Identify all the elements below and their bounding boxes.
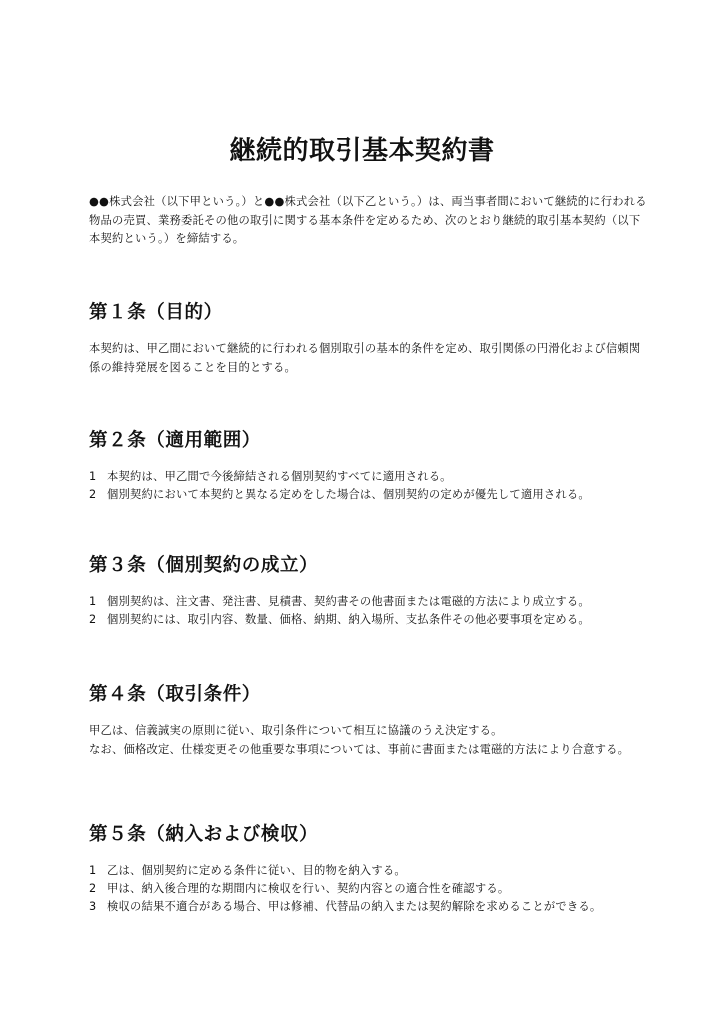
article-body: 甲乙は、信義誠実の原則に従い、取引条件について相互に協議のうえ決定する。 なお、… [89, 722, 649, 759]
item-number: 1 [89, 593, 107, 611]
item-number: 1 [89, 468, 107, 486]
item-text: 本契約は、甲乙間で今後締結される個別契約すべてに適用される。 [107, 468, 452, 486]
item-number: 1 [89, 862, 107, 880]
article-heading: 第５条（納入および検収） [89, 822, 649, 848]
item-text: 個別契約において本契約と異なる定めをした場合は、個別契約の定めが優先して適用され… [107, 486, 590, 504]
item-number: 2 [89, 880, 107, 898]
article-4: 第４条（取引条件） 甲乙は、信義誠実の原則に従い、取引条件について相互に協議のう… [89, 682, 649, 759]
article-body: 本契約は、甲乙間において継続的に行われる個別取引の基本的条件を定め、取引関係の円… [89, 340, 649, 377]
article-item-list: 1 本契約は、甲乙間で今後締結される個別契約すべてに適用される。 2 個別契約に… [89, 468, 649, 504]
preamble-paragraph: ●●株式会社（以下甲という。）と●●株式会社（以下乙という。）は、両当事者間にお… [89, 193, 649, 249]
article-paragraph: 本契約は、甲乙間において継続的に行われる個別取引の基本的条件を定め、取引関係の円… [89, 340, 649, 377]
list-item: 3 検収の結果不適合がある場合、甲は修補、代替品の納入または契約解除を求めること… [89, 898, 649, 916]
article-1: 第１条（目的） 本契約は、甲乙間において継続的に行われる個別取引の基本的条件を定… [89, 300, 649, 377]
article-5: 第５条（納入および検収） 1 乙は、個別契約に定める条件に従い、目的物を納入する… [89, 822, 649, 927]
article-heading: 第３条（個別契約の成立） [89, 553, 649, 579]
article-2: 第２条（適用範囲） 1 本契約は、甲乙間で今後締結される個別契約すべてに適用され… [89, 428, 649, 515]
item-text: 甲は、納入後合理的な期間内に検収を行い、契約内容との適合性を確認する。 [107, 880, 509, 898]
article-heading: 第２条（適用範囲） [89, 428, 649, 454]
article-item-list: 1 個別契約は、注文書、発注書、見積書、契約書その他書面または電磁的方法により成… [89, 593, 649, 629]
article-heading: 第４条（取引条件） [89, 682, 649, 708]
list-item: 2 個別契約には、取引内容、数量、価格、納期、納入場所、支払条件その他必要事項を… [89, 611, 649, 629]
document-title: 継続的取引基本契約書 [0, 133, 724, 169]
item-number: 2 [89, 486, 107, 504]
article-item-list: 1 乙は、個別契約に定める条件に従い、目的物を納入する。 2 甲は、納入後合理的… [89, 862, 649, 916]
list-item: 2 個別契約において本契約と異なる定めをした場合は、個別契約の定めが優先して適用… [89, 486, 649, 504]
item-text: 乙は、個別契約に定める条件に従い、目的物を納入する。 [107, 862, 406, 880]
item-text: 個別契約には、取引内容、数量、価格、納期、納入場所、支払条件その他必要事項を定め… [107, 611, 590, 629]
item-text: 個別契約は、注文書、発注書、見積書、契約書その他書面または電磁的方法により成立す… [107, 593, 590, 611]
list-item: 1 乙は、個別契約に定める条件に従い、目的物を納入する。 [89, 862, 649, 880]
document-page: 継続的取引基本契約書 ●●株式会社（以下甲という。）と●●株式会社（以下乙という… [0, 0, 724, 1024]
item-number: 2 [89, 611, 107, 629]
list-item: 1 本契約は、甲乙間で今後締結される個別契約すべてに適用される。 [89, 468, 649, 486]
list-item: 2 甲は、納入後合理的な期間内に検収を行い、契約内容との適合性を確認する。 [89, 880, 649, 898]
item-text: 検収の結果不適合がある場合、甲は修補、代替品の納入または契約解除を求めることがで… [107, 898, 601, 916]
article-heading: 第１条（目的） [89, 300, 649, 326]
article-paragraph: 甲乙は、信義誠実の原則に従い、取引条件について相互に協議のうえ決定する。 [89, 722, 649, 741]
article-3: 第３条（個別契約の成立） 1 個別契約は、注文書、発注書、見積書、契約書その他書… [89, 553, 649, 640]
list-item: 1 個別契約は、注文書、発注書、見積書、契約書その他書面または電磁的方法により成… [89, 593, 649, 611]
item-number: 3 [89, 898, 107, 916]
article-paragraph: なお、価格改定、仕様変更その他重要な事項については、事前に書面または電磁的方法に… [89, 741, 649, 760]
